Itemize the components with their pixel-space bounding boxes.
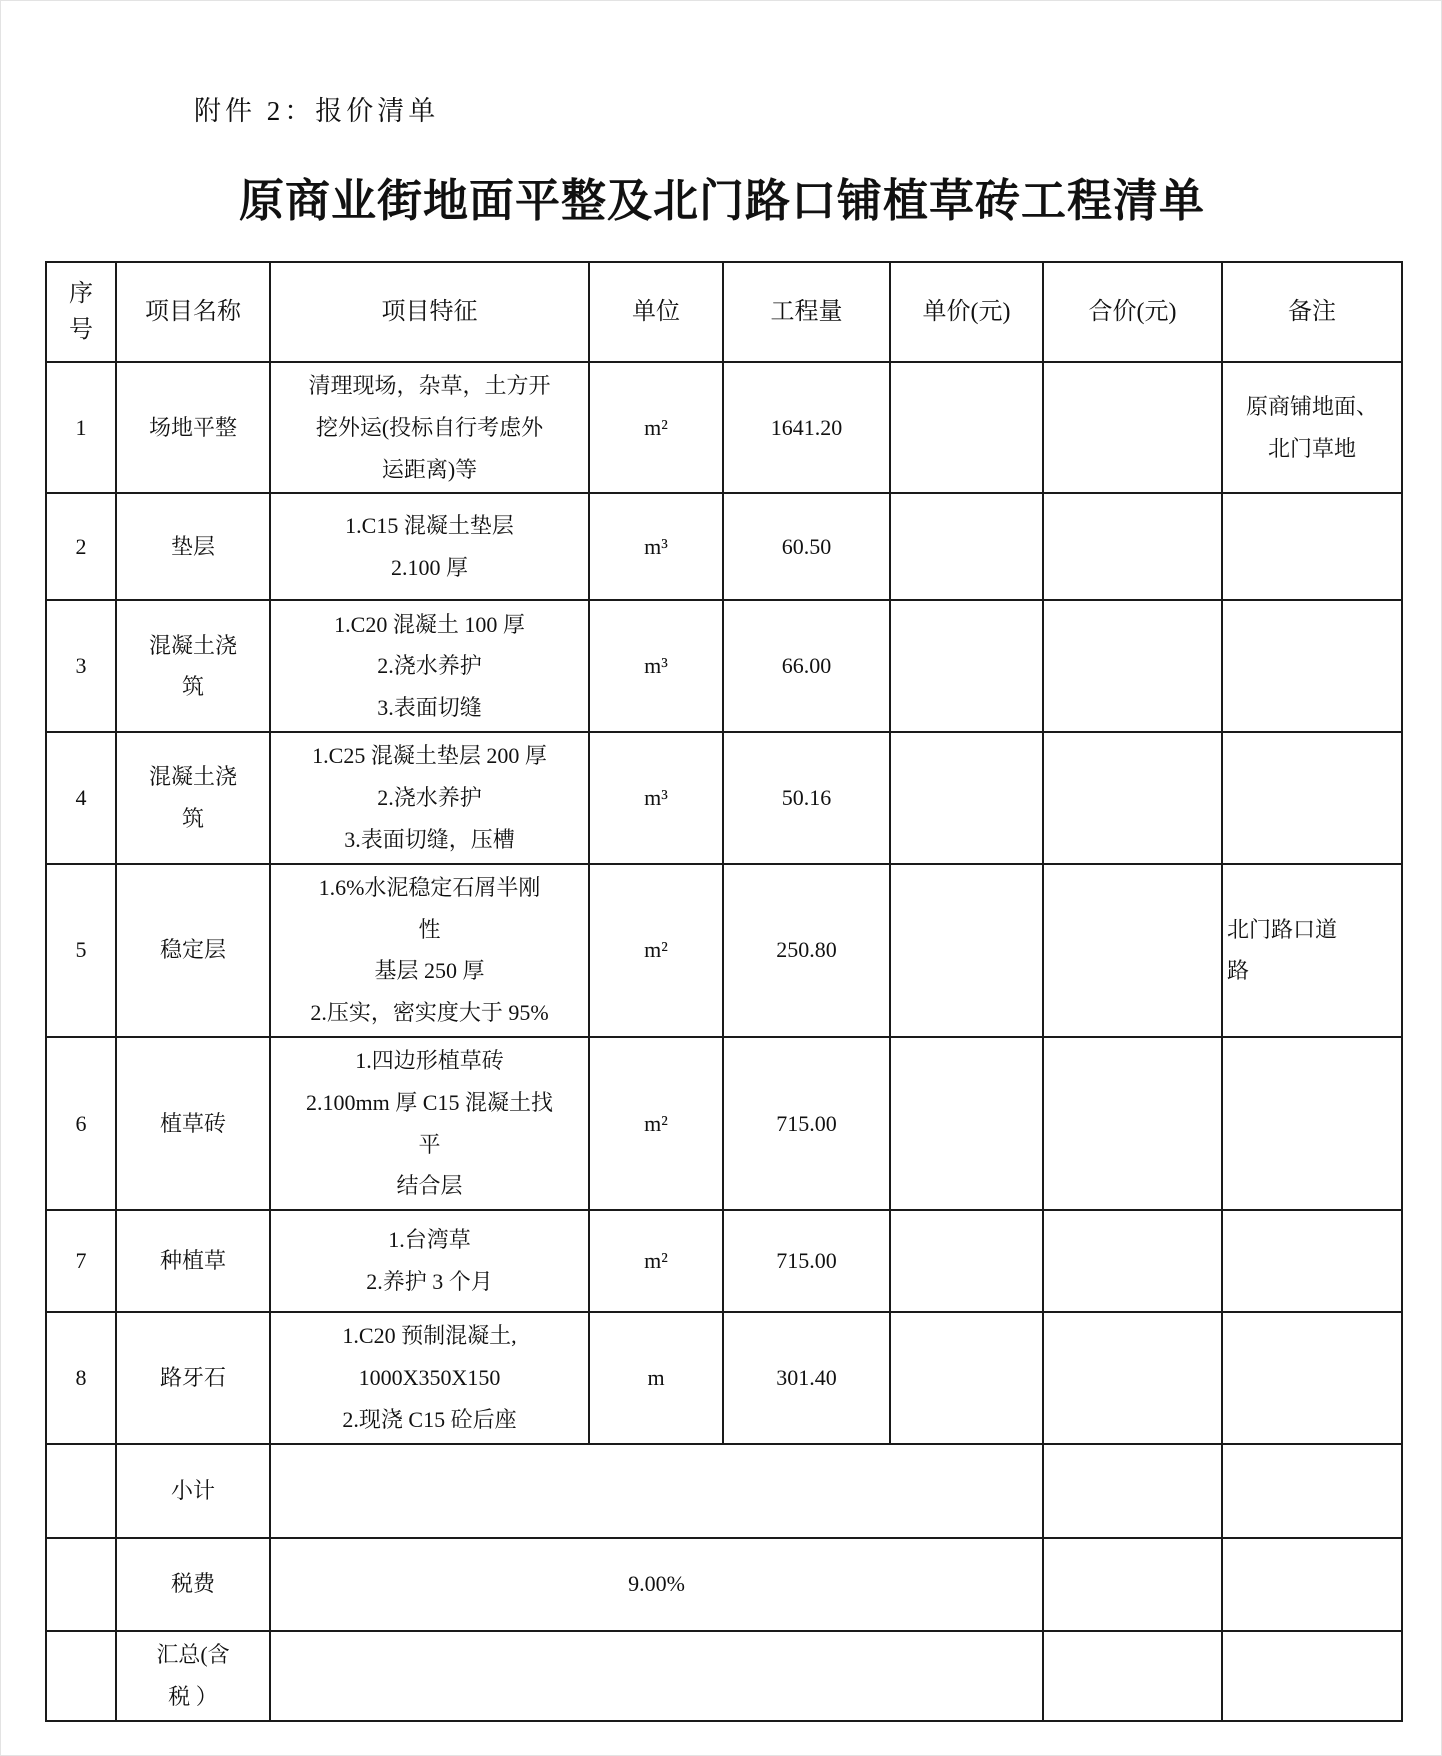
cell-unit-price bbox=[890, 1210, 1043, 1312]
cell-unit: m³ bbox=[589, 732, 723, 863]
cell-name: 路牙石 bbox=[116, 1312, 270, 1443]
cell-unit: m² bbox=[589, 362, 723, 493]
cell-remark bbox=[1222, 1444, 1402, 1538]
attachment-label: 附件 2：报价清单 bbox=[194, 89, 439, 128]
cell-total-price bbox=[1043, 732, 1222, 863]
col-header-remark: 备注 bbox=[1222, 262, 1402, 362]
cell-unit-price bbox=[890, 362, 1043, 493]
cell-name: 税费 bbox=[116, 1538, 270, 1631]
cell-remark bbox=[1222, 493, 1402, 600]
quotation-document-page: { "page": { "attachment_label": "附件 2：报价… bbox=[0, 0, 1442, 1756]
cell-name: 汇总(含 税 ） bbox=[116, 1631, 270, 1721]
cell-total-price bbox=[1043, 1312, 1222, 1443]
cell-no: 8 bbox=[46, 1312, 116, 1443]
cell-quantity: 250.80 bbox=[723, 864, 890, 1037]
table-row: 3 混凝土浇 筑 1.C20 混凝土 100 厚 2.浇水养护 3.表面切缝 m… bbox=[46, 600, 1402, 732]
cell-feature: 1.C20 混凝土 100 厚 2.浇水养护 3.表面切缝 bbox=[270, 600, 589, 732]
cell-total-price bbox=[1043, 493, 1222, 600]
cell-no bbox=[46, 1631, 116, 1721]
quotation-table: 序 号 项目名称 项目特征 单位 工程量 单价(元) 合价(元) 备注 1 场地… bbox=[45, 261, 1403, 1722]
table-header-row: 序 号 项目名称 项目特征 单位 工程量 单价(元) 合价(元) 备注 bbox=[46, 262, 1402, 362]
cell-unit-price bbox=[890, 1312, 1043, 1443]
cell-total-price bbox=[1043, 864, 1222, 1037]
cell-feature: 清理现场，杂草，土方开 挖外运(投标自行考虑外 运距离)等 bbox=[270, 362, 589, 493]
cell-remark: 北门路口道 路 bbox=[1222, 864, 1402, 1037]
cell-remark bbox=[1222, 1037, 1402, 1210]
cell-total-price bbox=[1043, 362, 1222, 493]
cell-name: 植草砖 bbox=[116, 1037, 270, 1210]
cell-total-price bbox=[1043, 1538, 1222, 1631]
cell-no: 1 bbox=[46, 362, 116, 493]
cell-feature: 1.C20 预制混凝土, 1000X350X150 2.现浇 C15 砼后座 bbox=[270, 1312, 589, 1443]
cell-unit-price bbox=[890, 1037, 1043, 1210]
cell-quantity: 1641.20 bbox=[723, 362, 890, 493]
col-header-item-feature: 项目特征 bbox=[270, 262, 589, 362]
table-row: 5 稳定层 1.6%水泥稳定石屑半刚 性 基层 250 厚 2.压实，密实度大于… bbox=[46, 864, 1402, 1037]
cell-no bbox=[46, 1538, 116, 1631]
table-row: 4 混凝土浇 筑 1.C25 混凝土垫层 200 厚 2.浇水养护 3.表面切缝… bbox=[46, 732, 1402, 863]
col-header-unit-price: 单价(元) bbox=[890, 262, 1043, 362]
page-title: 原商业街地面平整及北门路口铺植草砖工程清单 bbox=[1, 164, 1442, 229]
cell-remark bbox=[1222, 1210, 1402, 1312]
cell-name: 小计 bbox=[116, 1444, 270, 1538]
cell-remark bbox=[1222, 1631, 1402, 1721]
cell-feature: 1.四边形植草砖 2.100mm 厚 C15 混凝土找 平 结合层 bbox=[270, 1037, 589, 1210]
cell-unit-price bbox=[890, 600, 1043, 732]
cell-name: 场地平整 bbox=[116, 362, 270, 493]
col-header-unit: 单位 bbox=[589, 262, 723, 362]
cell-unit-price bbox=[890, 732, 1043, 863]
cell-quantity: 715.00 bbox=[723, 1037, 890, 1210]
cell-remark bbox=[1222, 600, 1402, 732]
table-row: 8 路牙石 1.C20 预制混凝土, 1000X350X150 2.现浇 C15… bbox=[46, 1312, 1402, 1443]
subtotal-row: 小计 bbox=[46, 1444, 1402, 1538]
cell-unit-price bbox=[890, 493, 1043, 600]
cell-name: 种植草 bbox=[116, 1210, 270, 1312]
cell-merged-value bbox=[270, 1631, 1043, 1721]
cell-no: 7 bbox=[46, 1210, 116, 1312]
cell-quantity: 715.00 bbox=[723, 1210, 890, 1312]
cell-no: 3 bbox=[46, 600, 116, 732]
cell-unit: m³ bbox=[589, 493, 723, 600]
cell-unit-price bbox=[890, 864, 1043, 1037]
cell-unit: m² bbox=[589, 1210, 723, 1312]
cell-unit: m³ bbox=[589, 600, 723, 732]
cell-quantity: 50.16 bbox=[723, 732, 890, 863]
tax-row: 税费 9.00% bbox=[46, 1538, 1402, 1631]
cell-name: 混凝土浇 筑 bbox=[116, 732, 270, 863]
cell-name: 垫层 bbox=[116, 493, 270, 600]
cell-total-price bbox=[1043, 1037, 1222, 1210]
grand-total-row: 汇总(含 税 ） bbox=[46, 1631, 1402, 1721]
cell-quantity: 60.50 bbox=[723, 493, 890, 600]
cell-merged-value bbox=[270, 1444, 1043, 1538]
col-header-item-name: 项目名称 bbox=[116, 262, 270, 362]
table-row: 1 场地平整 清理现场，杂草，土方开 挖外运(投标自行考虑外 运距离)等 m² … bbox=[46, 362, 1402, 493]
table-row: 2 垫层 1.C15 混凝土垫层 2.100 厚 m³ 60.50 bbox=[46, 493, 1402, 600]
cell-merged-value: 9.00% bbox=[270, 1538, 1043, 1631]
cell-unit: m bbox=[589, 1312, 723, 1443]
cell-unit: m² bbox=[589, 864, 723, 1037]
col-header-quantity: 工程量 bbox=[723, 262, 890, 362]
cell-remark: 原商铺地面、 北门草地 bbox=[1222, 362, 1402, 493]
cell-no: 4 bbox=[46, 732, 116, 863]
cell-unit: m² bbox=[589, 1037, 723, 1210]
cell-quantity: 301.40 bbox=[723, 1312, 890, 1443]
cell-quantity: 66.00 bbox=[723, 600, 890, 732]
cell-remark bbox=[1222, 732, 1402, 863]
table-row: 7 种植草 1.台湾草 2.养护 3 个月 m² 715.00 bbox=[46, 1210, 1402, 1312]
cell-no: 6 bbox=[46, 1037, 116, 1210]
col-header-total-price: 合价(元) bbox=[1043, 262, 1222, 362]
cell-no bbox=[46, 1444, 116, 1538]
cell-no: 5 bbox=[46, 864, 116, 1037]
cell-name: 稳定层 bbox=[116, 864, 270, 1037]
cell-no: 2 bbox=[46, 493, 116, 600]
cell-feature: 1.台湾草 2.养护 3 个月 bbox=[270, 1210, 589, 1312]
cell-total-price bbox=[1043, 1210, 1222, 1312]
cell-remark bbox=[1222, 1312, 1402, 1443]
col-header-serial: 序 号 bbox=[46, 262, 116, 362]
cell-remark bbox=[1222, 1538, 1402, 1631]
cell-feature: 1.6%水泥稳定石屑半刚 性 基层 250 厚 2.压实，密实度大于 95% bbox=[270, 864, 589, 1037]
cell-feature: 1.C25 混凝土垫层 200 厚 2.浇水养护 3.表面切缝，压槽 bbox=[270, 732, 589, 863]
cell-total-price bbox=[1043, 1631, 1222, 1721]
cell-total-price bbox=[1043, 1444, 1222, 1538]
table-row: 6 植草砖 1.四边形植草砖 2.100mm 厚 C15 混凝土找 平 结合层 … bbox=[46, 1037, 1402, 1210]
cell-total-price bbox=[1043, 600, 1222, 732]
cell-name: 混凝土浇 筑 bbox=[116, 600, 270, 732]
cell-feature: 1.C15 混凝土垫层 2.100 厚 bbox=[270, 493, 589, 600]
